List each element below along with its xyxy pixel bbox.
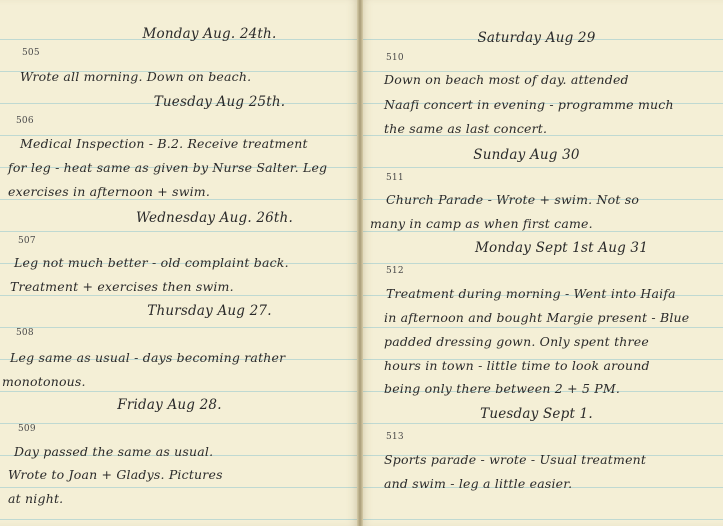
entry-line: exercises in afternoon + swim. (0, 184, 359, 199)
entry-line: Church Parade - Wrote + swim. Not so (360, 192, 723, 207)
entry-heading: Saturday Aug 29 (360, 30, 723, 46)
entry-line: Medical Inspection - B.2. Receive treatm… (0, 136, 359, 151)
entry-line: being only there between 2 + 5 PM. (360, 381, 723, 396)
entry-heading: Tuesday Sept 1. (360, 406, 723, 422)
entry-line: monotonous. (0, 374, 359, 389)
entry-number: 506 (16, 116, 359, 126)
entry-number: 511 (386, 173, 723, 183)
entry-line: for leg - heat same as given by Nurse Sa… (0, 160, 359, 175)
entry-line: Leg same as usual - days becoming rather (0, 350, 359, 365)
entry-heading: Tuesday Aug 25th. (80, 94, 359, 110)
entry-heading: Wednesday Aug. 26th. (70, 210, 359, 226)
entry-line: Sports parade - wrote - Usual treatment (360, 452, 723, 467)
entry-line: Wrote all morning. Down on beach. (0, 69, 359, 84)
entry-number: 510 (386, 53, 723, 63)
entry-line: Wrote to Joan + Gladys. Pictures (0, 467, 359, 482)
entry-heading: Friday Aug 28. (0, 397, 359, 413)
entry-number: 507 (18, 236, 359, 246)
entry-line: Naafi concert in evening - programme muc… (360, 97, 723, 112)
entry-line: Treatment + exercises then swim. (0, 279, 359, 294)
entry-line: Leg not much better - old complaint back… (0, 255, 359, 270)
entry-number: 505 (22, 48, 359, 58)
book-gutter (357, 0, 363, 526)
entry-heading: Monday Sept 1st Aug 31 (400, 240, 723, 256)
entry-line: padded dressing gown. Only spent three (360, 334, 723, 349)
entry-heading: Sunday Aug 30 (360, 147, 723, 163)
entry-line: in afternoon and bought Margie present -… (360, 310, 723, 325)
entry-number: 513 (386, 432, 723, 442)
diary-spread: Monday Aug. 24th. 505 Wrote all morning.… (0, 0, 723, 526)
entry-line: Treatment during morning - Went into Hai… (360, 286, 723, 301)
entry-number: 508 (16, 328, 359, 338)
entry-line: Day passed the same as usual. (0, 444, 359, 459)
entry-line: the same as last concert. (360, 121, 723, 136)
entry-line: and swim - leg a little easier. (360, 476, 723, 491)
entry-heading: Monday Aug. 24th. (60, 26, 359, 42)
left-page: Monday Aug. 24th. 505 Wrote all morning.… (0, 0, 360, 526)
entry-line: at night. (0, 491, 359, 506)
entry-line: many in camp as when first came. (360, 216, 723, 231)
entry-line: hours in town - little time to look arou… (360, 358, 723, 373)
entry-number: 512 (386, 266, 723, 276)
right-page: Saturday Aug 29 510 Down on beach most o… (360, 0, 723, 526)
entry-number: 509 (18, 424, 359, 434)
entry-heading: Thursday Aug 27. (60, 303, 359, 319)
entry-line: Down on beach most of day. attended (360, 72, 723, 87)
